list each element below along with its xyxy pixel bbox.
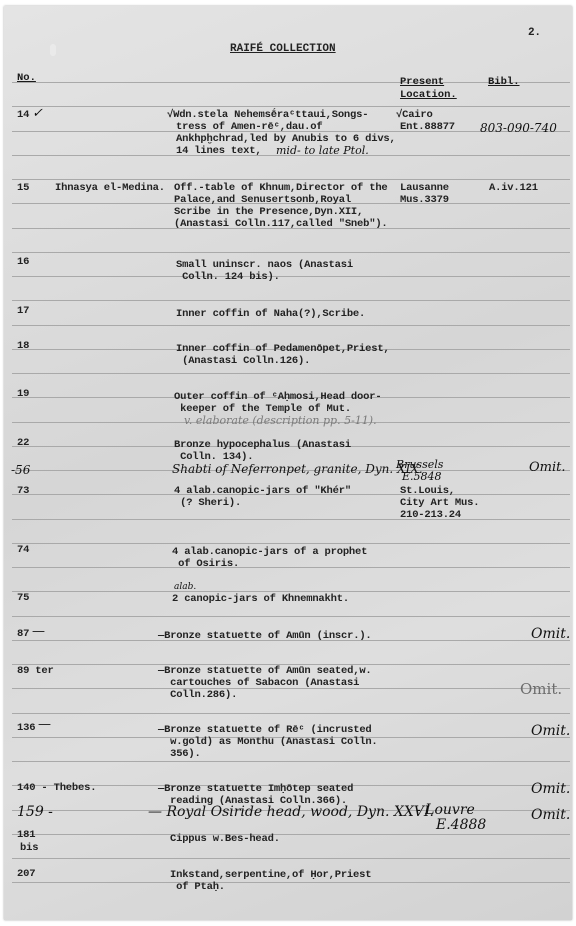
entry-number: 19 [17,388,29,400]
ruled-line [12,713,570,714]
punch-hole [50,44,56,56]
handwritten-date-note: mid- to late Ptol. [276,144,369,158]
entry-number: 14 [17,109,29,121]
description-line: Palace,and Senusertsonb,Royal [174,194,351,206]
entry-number: 140 - Thebes. [17,782,96,794]
description-line: Off.-table of Khnum,Director of the [174,182,388,194]
entry-number: 17 [17,305,29,317]
location-line: St.Louis, [400,485,455,497]
omit-remark: Omit. [531,782,570,796]
description-line: (? Sheri). [174,497,241,509]
description-handwritten: Shabti of Neferronpet, granite, Dyn. XIX… [172,462,423,476]
description-line: —Bronze statuette Imḥōtep seated [158,783,353,795]
document-title: RAIFÉ COLLECTION [230,43,336,55]
ruled-line [12,543,570,544]
entry-number-handwritten: 159 - [17,805,53,819]
description-line: Inner coffin of Pedamenōpet,Priest, [176,343,390,355]
column-header-location-2: Location. [400,89,457,102]
location-line: 210-213.24 [400,509,461,521]
ruled-line [12,567,570,568]
description-line: —Bronze statuette of Amūn seated,w. [158,665,372,677]
omit-remark: Omit. [531,724,570,738]
entry-number: 89 ter [17,665,54,677]
entry-number: 15 [17,182,29,194]
entry-number: 136 [17,722,35,734]
provenance: Ihnasya el-Medina. [55,182,165,194]
ruled-line [12,106,570,107]
description-line: 4 alab.canopic-jars of a prophet [172,546,367,558]
description-line: —Bronze statuette of Rēᶜ (incrusted [158,724,372,736]
description-line: Cippus w.Bes-head. [170,833,280,845]
location-line: Mus.3379 [400,194,449,206]
entry-number: 87 [17,628,29,640]
ruled-line [12,179,570,180]
description-line: Outer coffin of ᶜAḥmosi,Head door- [174,391,381,403]
check-mark-icon: ✓ [32,107,43,121]
handwritten-bibl: 803-090-740 [480,121,557,135]
entry-number: 75 [17,592,29,604]
description-line: Inkstand,serpentine,of Ḥor,Priest [170,869,371,881]
ruled-line [12,276,570,277]
ruled-line [12,373,570,374]
entry-number: 74 [17,544,29,556]
description-line: tress of Amen-rēᶜ,dau.of [176,121,322,133]
description-line: Inner coffin of Naha(?),Scribe. [176,308,365,320]
description-line: Scribe in the Presence,Dyn.XII, [174,206,363,218]
entry-number: 18 [17,340,29,352]
description-line: 2 canopic-jars of Khnemnakht. [172,593,349,605]
description-line: Colln.286). [164,689,237,701]
description-line: √Wdn.stela Nehemsḗraᶜttaui,Songs- [167,109,368,121]
document-page: 2. RAIFÉ COLLECTION No. Present Location… [4,6,572,920]
column-header-bibl: Bibl. [488,76,520,89]
bibl-reference: A.iv.121 [489,182,538,194]
ruled-line [12,82,570,83]
ruled-line [12,858,570,859]
ruled-line [12,325,570,326]
description-line: 4 alab.canopic-jars of "Khér" [174,485,351,497]
entry-number: 22 [17,437,29,449]
location-handwritten: - Louvre [416,803,475,817]
column-header-no: No. [17,72,36,85]
page-number: 2. [528,27,541,39]
entry-number-suffix: bis [20,842,38,854]
dash-mark: — [38,718,51,732]
omit-remark: Omit. [520,682,562,696]
omit-remark: Omit. [529,461,566,475]
insertion-handwritten: alab. [174,580,196,594]
description-line: of Ptaḥ. [170,881,225,893]
entry-number: 207 [17,868,35,880]
omit-remark: Omit. [531,627,570,641]
location-line: Ent.88877 [400,121,455,133]
description-line: 14 lines text, [176,145,261,157]
entry-number: 16 [17,256,29,268]
omit-remark: Omit. [531,808,570,822]
pencil-annotation: v. elaborate (description pp. 5-11). [184,414,377,428]
entry-number: 181 [17,829,35,841]
description-line: (Anastasi Colln.126). [176,355,310,367]
dash-mark: — [32,625,45,639]
ruled-line [12,252,570,253]
column-header-location-1: Present [400,76,444,89]
location-line: √Cairo [396,109,433,121]
description-line: Colln. 124 bis). [176,271,280,283]
description-line: of Osiris. [172,558,239,570]
description-line: Bronze hypocephalus (Anastasi [174,439,351,451]
entry-number: 73 [17,485,29,497]
ruled-line [12,761,570,762]
description-line: cartouches of Sabacon (Anastasi [164,677,359,689]
location-handwritten: E.5848 [402,470,442,484]
description-line: 356). [164,748,201,760]
ruled-line [12,300,570,301]
description-line: Small uninscr. naos (Anastasi [176,259,353,271]
ruled-line [12,616,570,617]
ruled-line [12,591,570,592]
location-line: Lausanne [400,182,449,194]
location-line: City Art Mus. [400,497,479,509]
entry-number-handwritten: -56 [11,463,30,477]
location-handwritten: E.4888 [436,818,486,832]
ruled-line [12,882,570,883]
description-handwritten: — Royal Osiride head, wood, Dyn. XXVI. [148,805,434,819]
description-line: —Bronze statuette of Amūn (inscr.). [158,630,372,642]
description-line: w.gold) as Monthu (Anastasi Colln. [164,736,378,748]
ruled-line [12,834,570,835]
description-line: (Anastasi Colln.117,called "Sneb"). [174,218,388,230]
ruled-line [12,519,570,520]
